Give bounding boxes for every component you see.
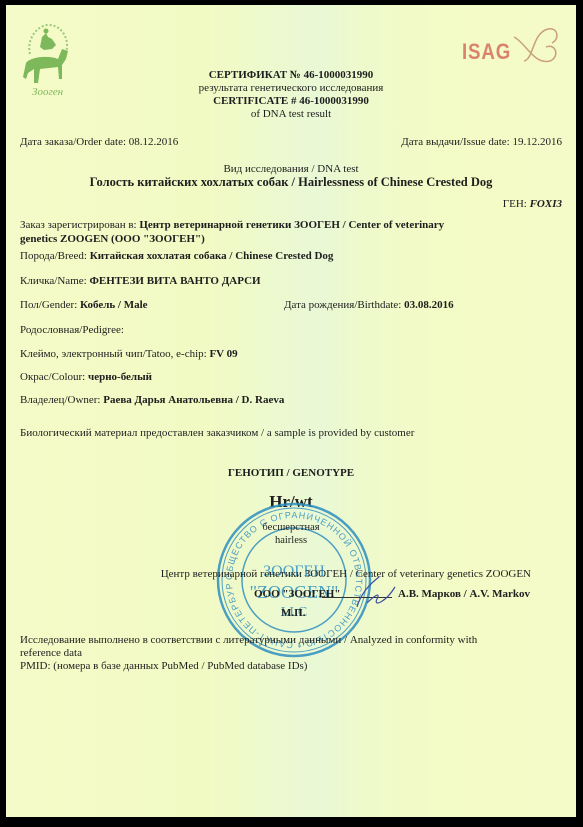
seal-place: М.П. [281,607,305,619]
pedigree-field: Родословная/Pedigree: [20,324,124,336]
gene: ГЕН: FOXI3 [503,198,562,210]
certificate-title-en: CERTIFICATE # 46-1000031990 [6,95,576,107]
colour-field: Окрас/Colour: черно-белый [20,371,152,383]
genotype-desc-en: hairless [6,535,576,546]
birthdate-field: Дата рождения/Birthdate: 03.08.2016 [284,299,454,311]
handwritten-signature-icon [351,573,401,613]
analysis-note-cont: reference data [20,647,82,659]
isag-logo: ISAG [462,25,562,69]
dna-helix-icon [512,25,562,69]
signer-name: А.В. Марков / A.V. Markov [398,588,530,600]
issue-date: Дата выдачи/Issue date: 19.12.2016 [401,136,562,148]
registered-at-cont: genetics ZOOGEN (ООО "ЗООГЕН") [20,233,205,245]
signature-center: Центр ветеринарной генетики ЗООГЕН / Cen… [161,568,531,580]
sample-note: Биологический материал предоставлен зака… [20,427,414,439]
genotype-heading: ГЕНОТИП / GENOTYPE [6,467,576,479]
breed-field: Порода/Breed: Китайская хохлатая собака … [20,250,333,262]
analysis-note: Исследование выполнено в соответствии с … [20,634,477,646]
pmid-note: PMID: (номера в базе данных PubMed / Pub… [20,660,307,672]
test-type-label: Вид исследования / DNA test [6,163,576,175]
order-date: Дата заказа/Order date: 08.12.2016 [20,136,178,148]
certificate-title-ru: СЕРТИФИКАТ № 46-1000031990 [6,69,576,81]
test-name: Голость китайских хохлатых собак / Hairl… [6,175,576,190]
chip-field: Клеймо, электронный чип/Tatoo, e-chip: F… [20,348,238,360]
signature-org: ООО "ЗООГЕН" [254,588,340,600]
certificate-page: Зооген ISAG СЕРТИФИКАТ № 46-1000031990 р… [6,5,576,817]
genotype-desc-ru: бесшерстная [6,522,576,533]
certificate-subtitle-en: of DNA test result [6,108,576,120]
gender-field: Пол/Gender: Кобель / Male [20,299,148,311]
gene-value: FOXI3 [530,198,562,210]
dog-name-field: Кличка/Name: ФЕНТЕЗИ ВИТА ВАНТО ДАРСИ [20,275,261,287]
owner-field: Владелец/Owner: Раева Дарья Анатольевна … [20,394,284,406]
registered-at: Заказ зарегистрирован в: Центр ветеринар… [20,219,444,231]
certificate-subtitle-ru: результата генетического исследования [6,82,576,94]
